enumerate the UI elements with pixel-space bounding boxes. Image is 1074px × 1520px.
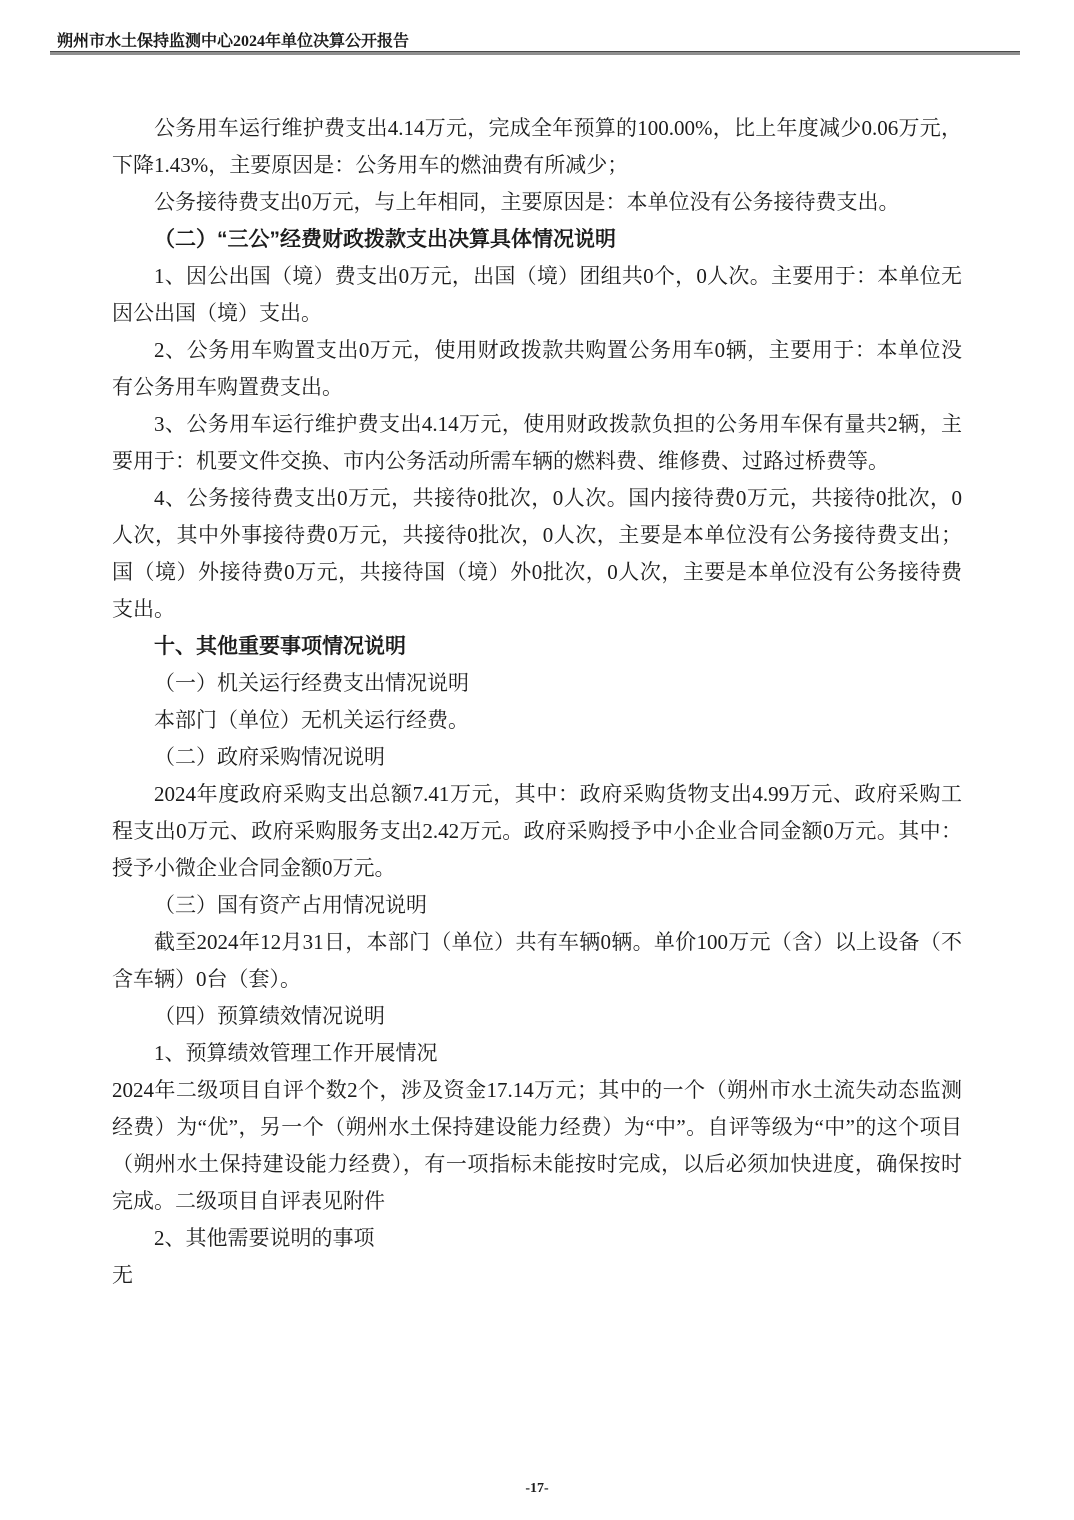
- paragraph-reception-expense: 公务接待费支出0万元，与上年相同，主要原因是：本单位没有公务接待费支出。: [112, 184, 962, 221]
- page-header-title: 朔州市水土保持监测中心2024年单位决算公开报告: [57, 28, 409, 51]
- paragraph-procurement-details: 2024年度政府采购支出总额7.41万元，其中：政府采购货物支出4.99万元、政…: [112, 776, 962, 887]
- heading-other-important-items: 十、其他重要事项情况说明: [112, 628, 962, 665]
- header-rule: [50, 51, 1020, 55]
- paragraph-other-items: 2、其他需要说明的事项: [112, 1220, 962, 1257]
- paragraph-vehicle-purchase: 2、公务用车购置支出0万元，使用财政拨款共购置公务用车0辆，主要用于：本单位没有…: [112, 332, 962, 406]
- heading-three-public-funds: （二）“三公”经费财政拨款支出决算具体情况说明: [112, 221, 962, 258]
- paragraph-vehicle-operation: 3、公务用车运行维护费支出4.14万元，使用财政拨款负担的公务用车保有量共2辆，…: [112, 406, 962, 480]
- heading-budget-performance: （四）预算绩效情况说明: [112, 998, 962, 1035]
- paragraph-overseas-trips: 1、因公出国（境）费支出0万元，出国（境）团组共0个，0人次。主要用于：本单位无…: [112, 258, 962, 332]
- document-body: 公务用车运行维护费支出4.14万元，完成全年预算的100.00%，比上年度减少0…: [112, 110, 962, 1294]
- page-number: -17-: [0, 1481, 1074, 1497]
- document-page: 朔州市水土保持监测中心2024年单位决算公开报告 公务用车运行维护费支出4.14…: [0, 0, 1074, 1520]
- heading-agency-operating-funds: （一）机关运行经费支出情况说明: [112, 665, 962, 702]
- paragraph-none: 无: [112, 1257, 962, 1294]
- heading-state-assets: （三）国有资产占用情况说明: [112, 887, 962, 924]
- paragraph-self-evaluation: 2024年二级项目自评个数2个，涉及资金17.14万元；其中的一个（朔州市水土流…: [112, 1072, 962, 1220]
- paragraph-vehicle-maintenance: 公务用车运行维护费支出4.14万元，完成全年预算的100.00%，比上年度减少0…: [112, 110, 962, 184]
- paragraph-official-reception: 4、公务接待费支出0万元，共接待0批次，0人次。国内接待费0万元，共接待0批次，…: [112, 480, 962, 628]
- paragraph-no-operating-funds: 本部门（单位）无机关运行经费。: [112, 702, 962, 739]
- paragraph-performance-item-1: 1、预算绩效管理工作开展情况: [112, 1035, 962, 1072]
- heading-government-procurement: （二）政府采购情况说明: [112, 739, 962, 776]
- paragraph-assets-details: 截至2024年12月31日，本部门（单位）共有车辆0辆。单价100万元（含）以上…: [112, 924, 962, 998]
